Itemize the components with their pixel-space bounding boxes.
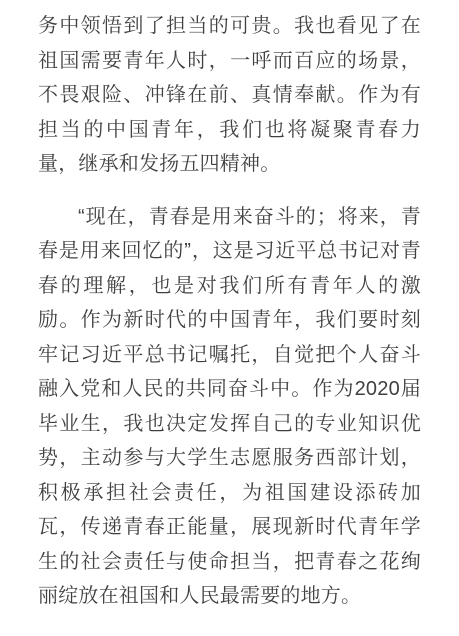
article-paragraph-continuation: 务中领悟到了担当的可贵。我也看见了在祖国需要青年人时，一呼而百应的场景，不畏艰险…	[38, 9, 421, 182]
article-paragraph-quote: “现在，青春是用来奋斗的；将来，青春是用来回忆的”，这是习近平总书记对青春的理解…	[38, 200, 421, 614]
article-body: 务中领悟到了担当的可贵。我也看见了在祖国需要青年人时，一呼而百应的场景，不畏艰险…	[0, 0, 459, 636]
